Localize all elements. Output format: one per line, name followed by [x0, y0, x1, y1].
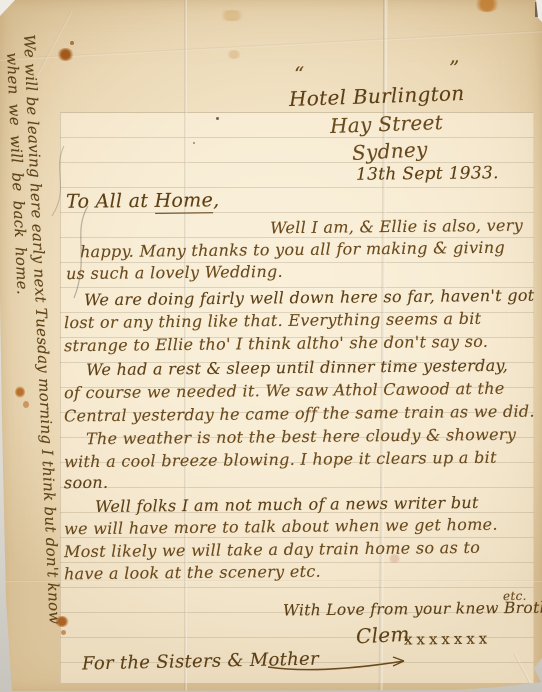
stain-dot-left-middle-2 [23, 401, 29, 408]
photo-edge-shadow-top-right [535, 2, 538, 17]
header-address-line-3: Sydney [351, 137, 428, 165]
stain-spot-top-left [57, 48, 74, 61]
body-line: us such a lovely Wedding. [66, 262, 283, 283]
fold-crease-vertical-right-top [383, 0, 386, 130]
header-address-line-2: Hay Street [330, 110, 444, 138]
stain-smudge-upper-center [226, 50, 242, 59]
stain-dot-top-left [70, 41, 74, 45]
stain-smudge-top-center [218, 10, 246, 21]
salutation-prefix: To All at [66, 190, 155, 213]
kisses: xxxxxxx [404, 630, 491, 649]
margin-note-line-1: We will be leaving here early next Tuesd… [20, 34, 64, 625]
stain-top-right [474, 0, 500, 12]
header-address-line-1: Hotel Burlington [289, 81, 465, 111]
salutation-suffix: , [213, 189, 220, 211]
salutation: To All at Home, [66, 189, 220, 213]
salutation-underlined-word: Home [154, 189, 213, 214]
closing-etc: etc. [503, 589, 527, 603]
open-quote-mark: “ [294, 62, 305, 86]
body-line: Well I am, & Ellie is also, very [270, 216, 523, 238]
body-line: have a look at the scenery etc. [64, 562, 321, 584]
letter-paper: We will be leaving here early next Tuesd… [0, 0, 542, 692]
body-line: Well folks I am not much of a news write… [95, 493, 479, 516]
header-date-line: 13th Sept 1933. [356, 163, 499, 184]
stain-dot-left-middle [15, 386, 25, 398]
body-line: soon. [64, 473, 109, 492]
fold-crease-horizontal-top [0, 29, 542, 61]
close-quote-mark: ” [449, 56, 460, 80]
scanned-letter-page: We will be leaving here early next Tuesd… [0, 0, 542, 692]
signature: Clem [355, 622, 410, 649]
